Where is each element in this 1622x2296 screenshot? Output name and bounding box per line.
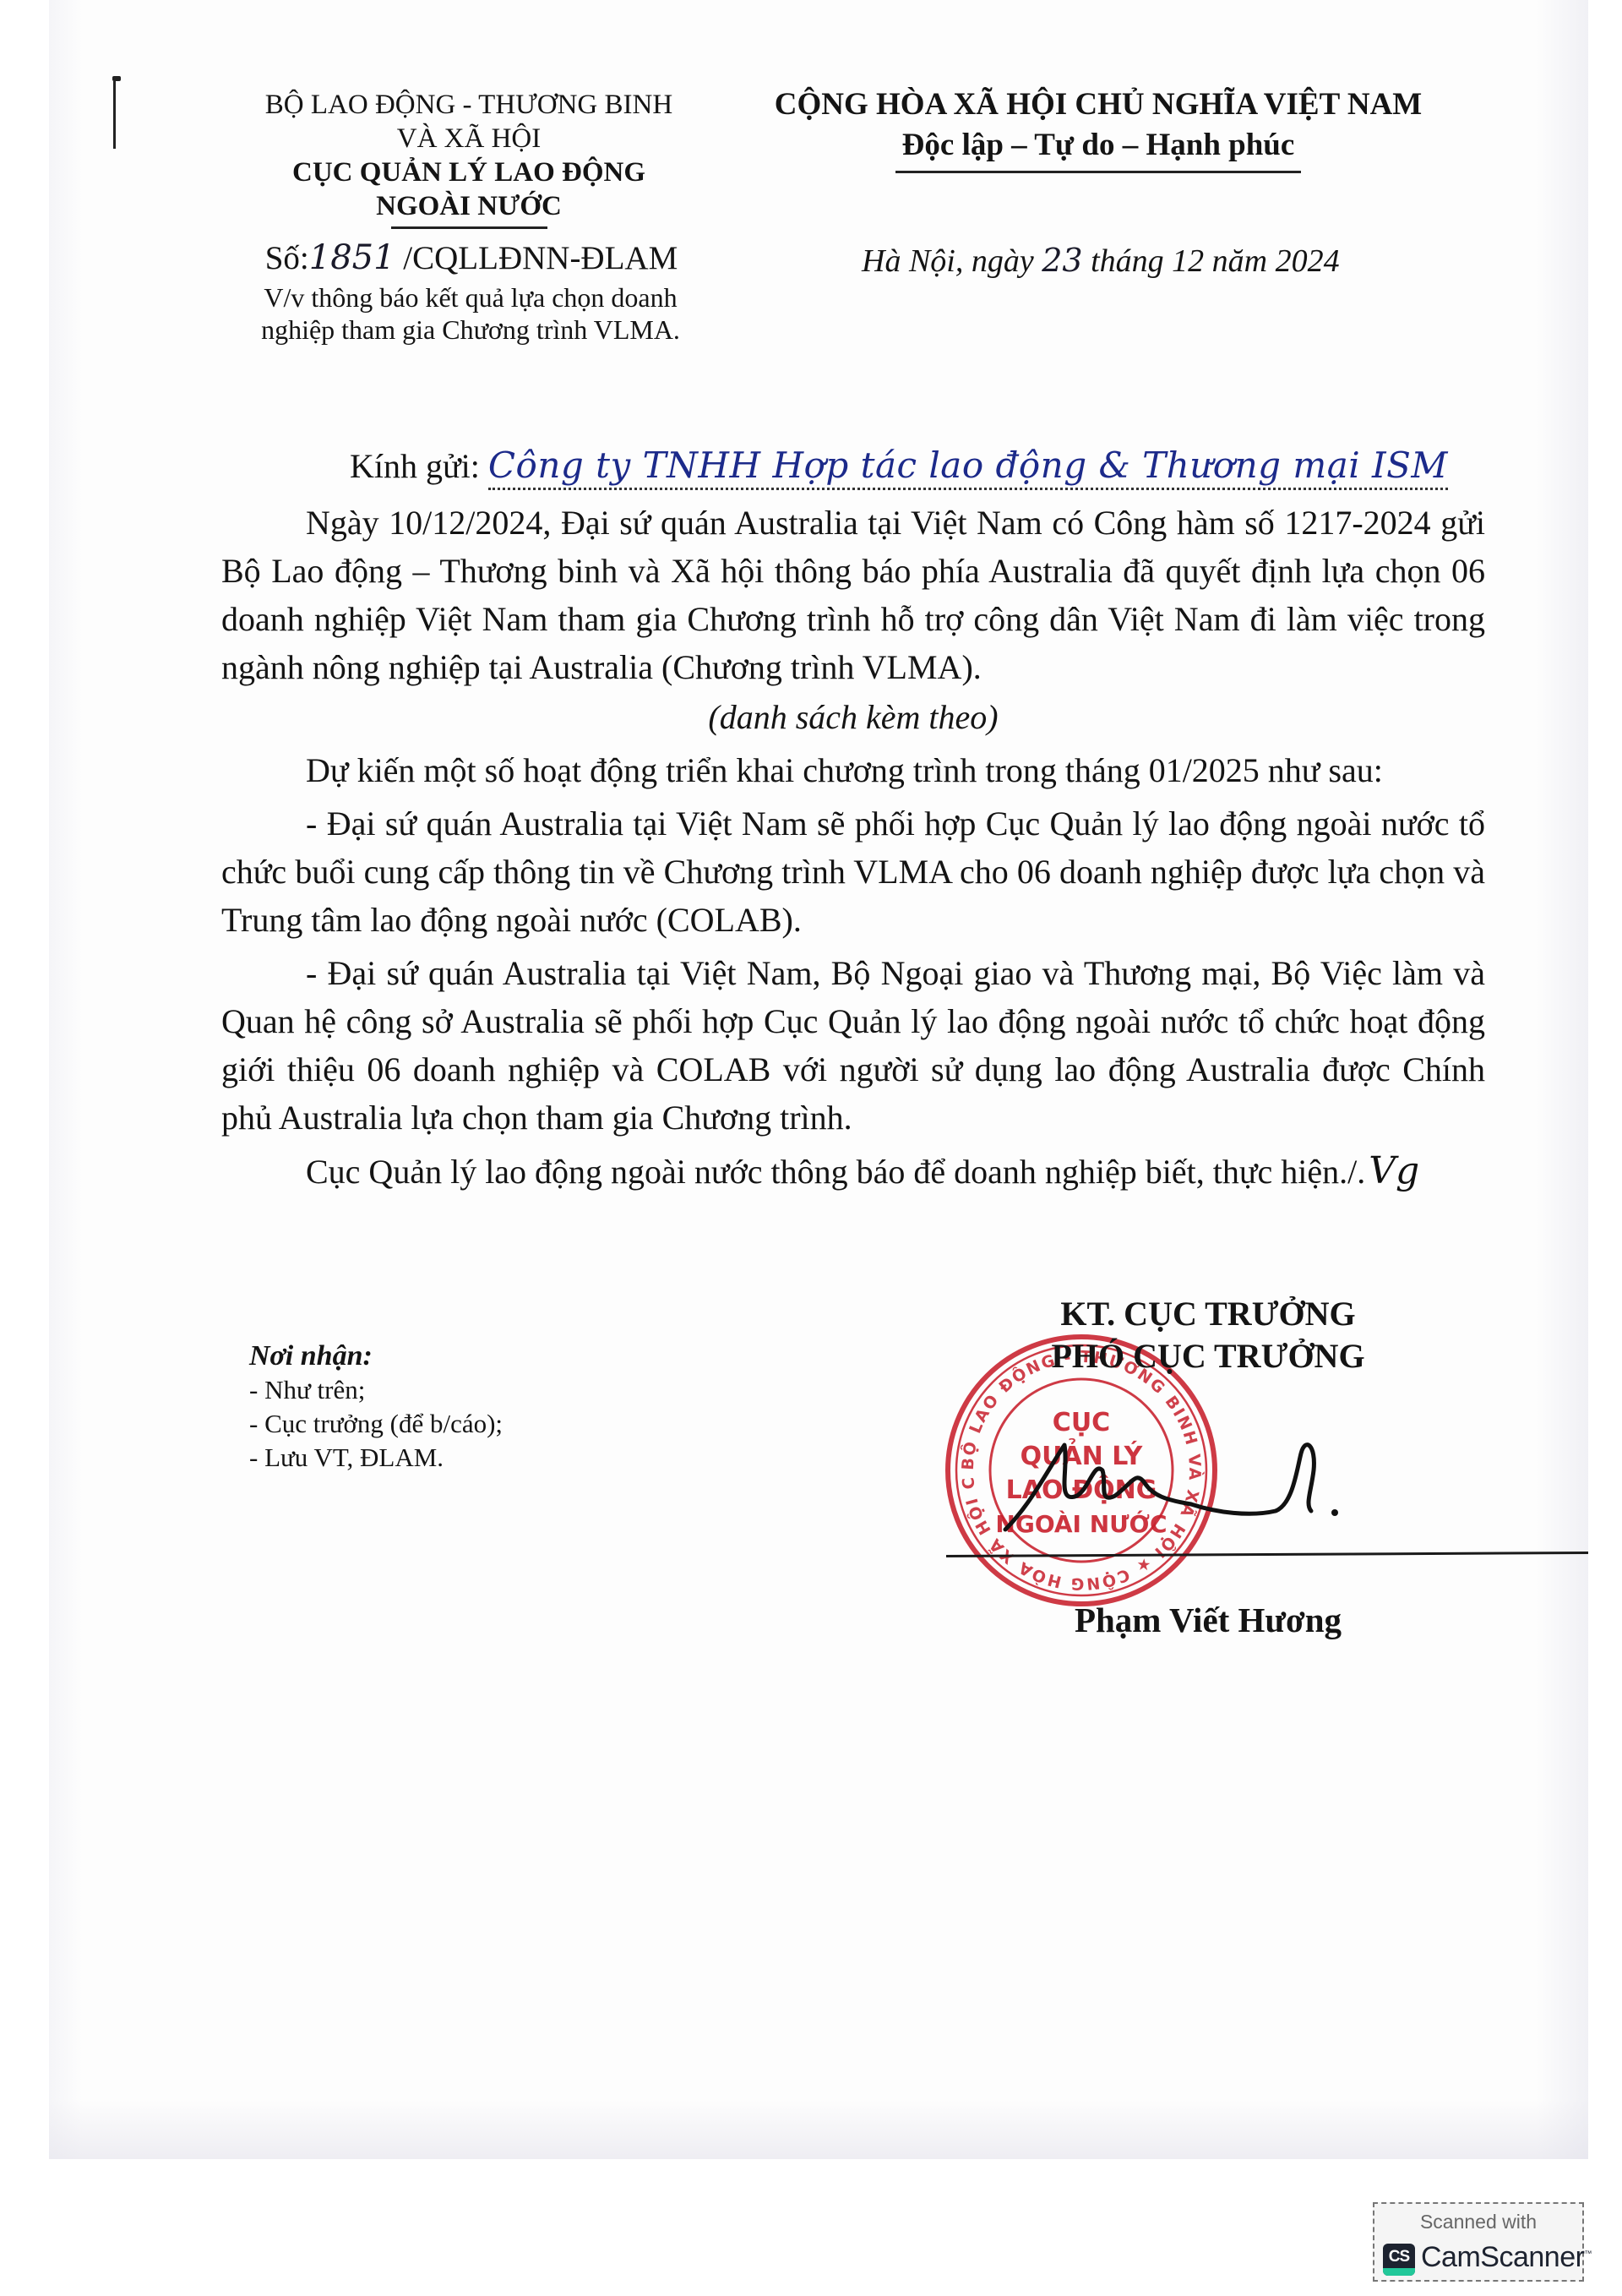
trademark-symbol: ™ <box>1584 2250 1592 2258</box>
stamp-center-line: CỤC <box>1053 1408 1110 1437</box>
issuing-agency-header: BỘ LAO ĐỘNG - THƯƠNG BINH VÀ XÃ HỘI CỤC … <box>224 88 714 229</box>
ministry-line-2: VÀ XÃ HỘI <box>224 122 714 155</box>
camscanner-logo-text: CS <box>1383 2248 1415 2266</box>
addressee-line: Kính gửi: Công ty TNHH Hợp tác lao động … <box>350 444 1499 486</box>
distribution-list: Nơi nhận: - Như trên; - Cục trưởng (để b… <box>249 1339 621 1475</box>
date-prefix: Hà Nội, ngày <box>862 243 1042 279</box>
body-paragraph-2: Dự kiến một số hoạt động triển khai chươ… <box>221 746 1485 794</box>
signatory-title: KT. CỤC TRƯỞNG PHÓ CỤC TRƯỞNG <box>955 1293 1461 1377</box>
subject-line-1: V/v thông báo kết quả lựa chọn doanh <box>221 281 720 314</box>
distribution-item: - Như trên; <box>249 1373 621 1407</box>
ministry-line-1: BỘ LAO ĐỘNG - THƯƠNG BINH <box>224 88 714 122</box>
country-name: CỘNG HÒA XÃ HỘI CHỦ NGHĨA VIỆT NAM <box>735 85 1461 125</box>
document-number-suffix: /CQLLĐNN-ĐLAM <box>395 240 678 276</box>
place-date-line: Hà Nội, ngày 23 tháng 12 năm 2024 <box>862 242 1419 280</box>
watermark-brand: CamScanner™ <box>1421 2241 1592 2274</box>
watermark-brand-name: CamScanner <box>1421 2241 1584 2273</box>
margin-pen-mark <box>113 81 121 149</box>
signatory-title-line-2: PHÓ CỤC TRƯỞNG <box>955 1335 1461 1377</box>
date-day-handwritten: 23 <box>1042 242 1082 279</box>
agency-line-2: NGOÀI NƯỚC <box>224 189 714 223</box>
body-paragraph-1: Ngày 10/12/2024, Đại sứ quán Australia t… <box>221 499 1485 691</box>
activity-bullet-1: - Đại sứ quán Australia tại Việt Nam sẽ … <box>221 799 1485 944</box>
closing-text: Cục Quản lý lao động ngoài nước thông bá… <box>306 1153 1365 1191</box>
addressee-handwritten: Công ty TNHH Hợp tác lao động & Thương m… <box>488 444 1448 490</box>
subject-line-2: nghiệp tham gia Chương trình VLMA. <box>221 314 720 346</box>
distribution-item: - Lưu VT, ĐLAM. <box>249 1441 621 1475</box>
handwritten-initials: Vg <box>1369 1149 1419 1192</box>
national-header: CỘNG HÒA XÃ HỘI CHỦ NGHĨA VIỆT NAM Độc l… <box>735 85 1461 173</box>
document-number-handwritten: 1851 <box>309 238 395 277</box>
agency-underline <box>391 226 547 229</box>
distribution-item: - Cục trưởng (để b/cáo); <box>249 1407 621 1441</box>
handwritten-signature <box>997 1437 1402 1538</box>
distribution-title: Nơi nhận: <box>249 1339 621 1373</box>
camscanner-logo-icon: CS <box>1383 2244 1415 2276</box>
document-subject: V/v thông báo kết quả lựa chọn doanh ngh… <box>221 281 720 346</box>
date-suffix: tháng 12 năm 2024 <box>1083 243 1340 279</box>
closing-paragraph: Cục Quản lý lao động ngoài nước thông bá… <box>221 1147 1485 1196</box>
motto-underline <box>895 171 1301 173</box>
activity-bullet-2: - Đại sứ quán Australia tại Việt Nam, Bộ… <box>221 949 1485 1142</box>
signatory-title-line-1: KT. CỤC TRƯỞNG <box>955 1293 1461 1335</box>
agency-line-1: CỤC QUẢN LÝ LAO ĐỘNG <box>224 155 714 189</box>
attachment-note: (danh sách kèm theo) <box>221 693 1485 741</box>
national-motto: Độc lập – Tự do – Hạnh phúc <box>735 125 1461 166</box>
document-number-prefix: Số: <box>265 240 309 276</box>
watermark-caption: Scanned with <box>1374 2211 1582 2233</box>
addressee-label: Kính gửi: <box>350 447 488 485</box>
document-number: Số:1851 /CQLLĐNN-ĐLAM <box>226 238 716 277</box>
signer-name: Phạm Viết Hương <box>955 1600 1461 1640</box>
camscanner-watermark: Scanned with CS CamScanner™ <box>1373 2202 1584 2282</box>
letter-body: Ngày 10/12/2024, Đại sứ quán Australia t… <box>221 499 1485 1196</box>
